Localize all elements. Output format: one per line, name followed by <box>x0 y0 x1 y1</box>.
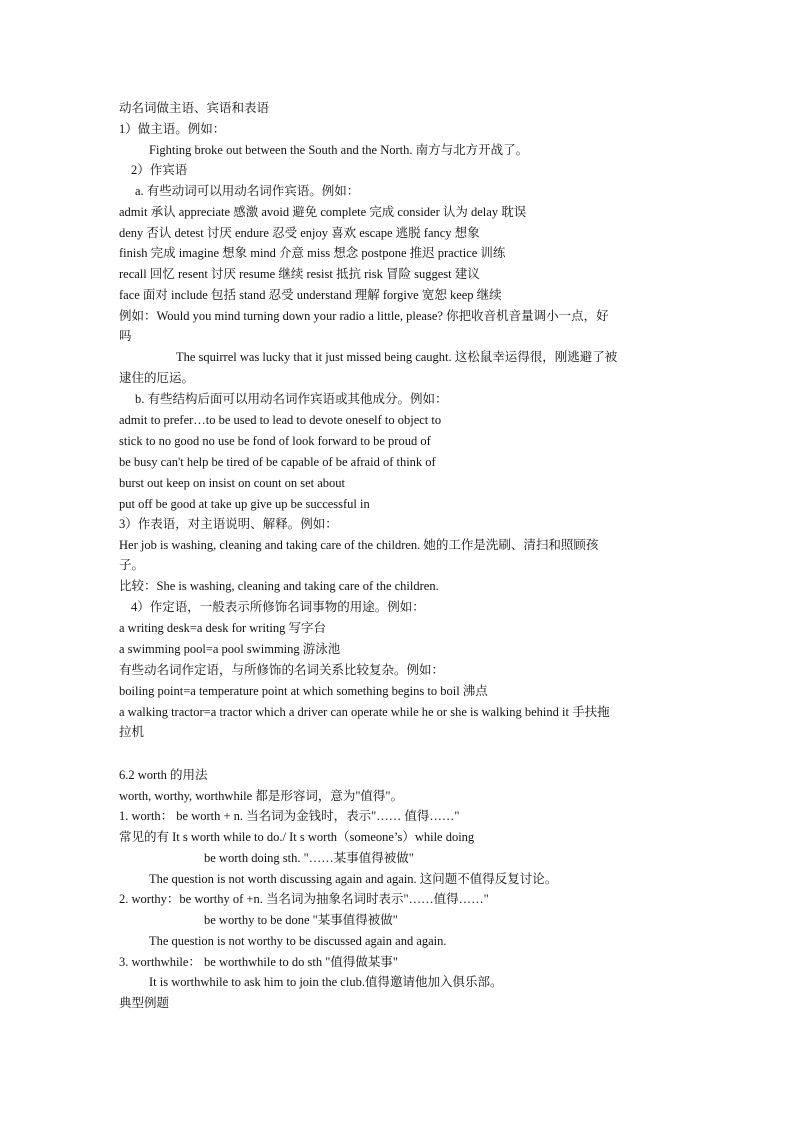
section-heading: 6.2 worth 的用法 <box>119 767 208 783</box>
doc-line: 常见的有 It s worth while to do./ It s worth… <box>119 829 474 845</box>
doc-line: deny 否认 detest 讨厌 endure 忍受 enjoy 喜欢 esc… <box>119 225 480 241</box>
doc-line: a writing desk=a desk for writing 写字台 <box>119 620 326 636</box>
doc-line: 1）做主语。例如： <box>119 121 225 137</box>
doc-line: 4）作定语，一般表示所修饰名词事物的用途。例如： <box>131 599 425 615</box>
doc-line: 2）作宾语 <box>131 162 187 178</box>
doc-line: 拉机 <box>119 724 144 740</box>
doc-line: be busy can't help be tired of be capabl… <box>119 454 436 470</box>
doc-line: The squirrel was lucky that it just miss… <box>176 349 617 365</box>
doc-line: 2. worthy：be worthy of +n. 当名词为抽象名词时表示"…… <box>119 891 489 907</box>
doc-line: a walking tractor=a tractor which a driv… <box>119 704 610 720</box>
doc-line: 比较：She is washing, cleaning and taking c… <box>119 578 439 594</box>
doc-line: It is worthwhile to ask him to join the … <box>149 974 502 990</box>
doc-line: Fighting broke out between the South and… <box>149 142 528 158</box>
doc-line: recall 回忆 resent 讨厌 resume 继续 resist 抵抗 … <box>119 266 480 282</box>
doc-line: burst out keep on insist on count on set… <box>119 475 345 491</box>
doc-line: 逮住的厄运。 <box>119 370 194 386</box>
doc-line: face 面对 include 包括 stand 忍受 understand 理… <box>119 287 502 303</box>
doc-line: a. 有些动词可以用动名词作宾语。例如： <box>135 183 359 199</box>
doc-line: be worthy to be done "某事值得被做" <box>204 912 398 928</box>
doc-line: admit to prefer…to be used to lead to de… <box>119 412 441 428</box>
doc-line: admit 承认 appreciate 感激 avoid 避免 complete… <box>119 204 526 220</box>
doc-line: 例如：Would you mind turning down your radi… <box>119 308 609 324</box>
doc-line: stick to no good no use be fond of look … <box>119 433 431 449</box>
doc-line: worth, worthy, worthwhile 都是形容词，意为"值得"。 <box>119 788 403 804</box>
doc-line: 1. worth： be worth + n. 当名词为金钱时，表示"…… 值得… <box>119 808 460 824</box>
doc-line: 3）作表语，对主语说明、解释。例如： <box>119 516 338 532</box>
doc-line: 吗 <box>119 328 132 344</box>
doc-line: a swimming pool=a pool swimming 游泳池 <box>119 641 340 657</box>
doc-line: finish 完成 imagine 想象 mind 介意 miss 想念 pos… <box>119 245 505 261</box>
doc-line: The question is not worth discussing aga… <box>149 871 557 887</box>
doc-line-title: 动名词做主语、宾语和表语 <box>119 100 269 116</box>
document-page: 动名词做主语、宾语和表语 1）做主语。例如： Fighting broke ou… <box>0 0 794 1123</box>
doc-line: 3. worthwhile： be worthwhile to do sth "… <box>119 954 398 970</box>
doc-line: boiling point=a temperature point at whi… <box>119 683 488 699</box>
doc-line: Her job is washing, cleaning and taking … <box>119 537 598 553</box>
doc-line: put off be good at take up give up be su… <box>119 496 370 512</box>
section-heading: 典型例题 <box>119 995 169 1011</box>
doc-line: 有些动名词作定语，与所修饰的名词关系比较复杂。例如： <box>119 662 444 678</box>
doc-line: The question is not worthy to be discuss… <box>149 933 447 949</box>
doc-line: 子。 <box>119 557 144 573</box>
doc-line: b. 有些结构后面可以用动名词作宾语或其他成分。例如： <box>135 391 448 407</box>
doc-line: be worth doing sth. "……某事值得被做" <box>204 850 414 866</box>
